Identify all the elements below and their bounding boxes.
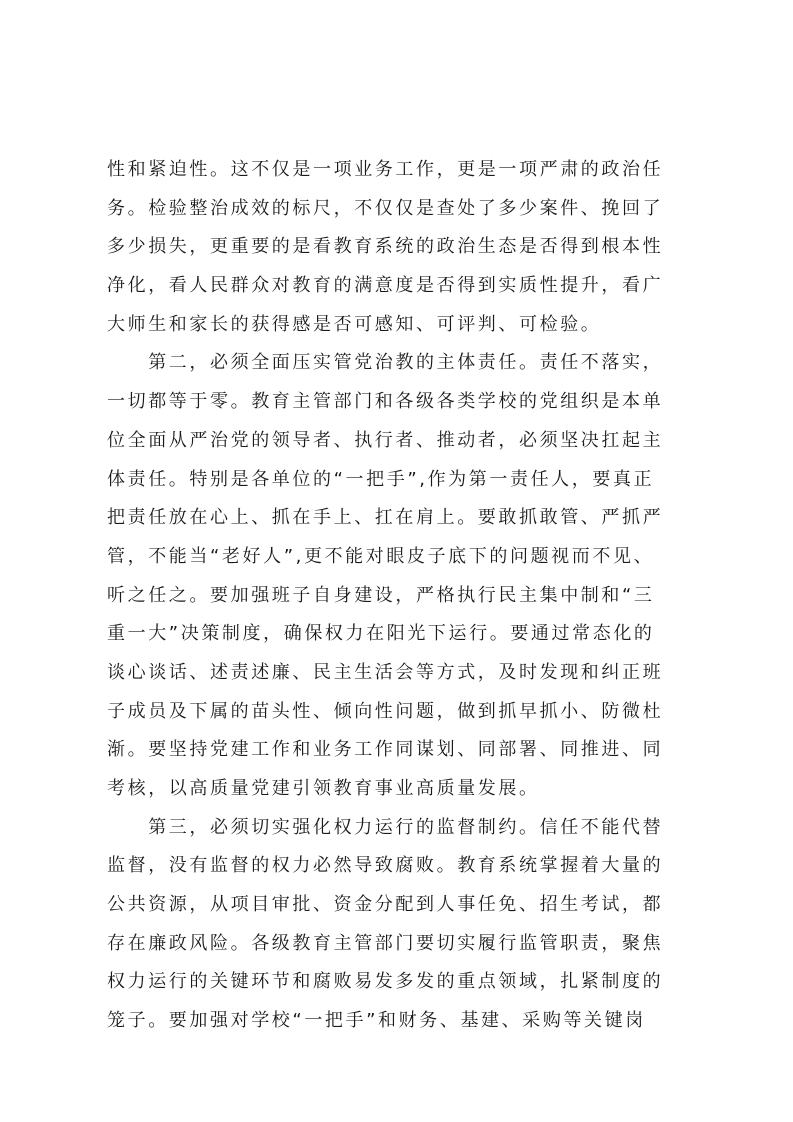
text-line: 位全面从严治党的领导者、执行者、推动者，必须坚决扛起主 — [107, 425, 687, 464]
text-line: 听之任之。要加强班子自身建设，严格执行民主集中制和“三 — [107, 580, 687, 619]
paragraph-3-start: 第三，必须切实强化权力运行的监督制约。信任不能代替 — [107, 812, 687, 851]
text-line: 监督，没有监督的权力必然导致腐败。教育系统掌握着大量的 — [107, 850, 687, 889]
text-line: 管，不能当“老好人”,更不能对眼皮子底下的问题视而不见、 — [107, 541, 687, 580]
text-line: 渐。要坚持党建工作和业务工作同谋划、同部署、同推进、同 — [107, 734, 687, 773]
text-line: 大师生和家长的获得感是否可感知、可评判、可检验。 — [107, 309, 687, 348]
paragraph-2-start: 第二，必须全面压实管党治教的主体责任。责任不落实， — [107, 347, 687, 386]
text-line: 把责任放在心上、抓在手上、扛在肩上。要敢抓敢管、严抓严 — [107, 502, 687, 541]
text-line: 净化，看人民群众对教育的满意度是否得到实质性提升，看广 — [107, 270, 687, 309]
text-line: 谈心谈话、述责述廉、民主生活会等方式，及时发现和纠正班 — [107, 657, 687, 696]
document-body: 性和紧迫性。这不仅是一项业务工作，更是一项严肃的政治任 务。检验整治成效的标尺，… — [107, 154, 687, 1044]
document-page: 性和紧迫性。这不仅是一项业务工作，更是一项严肃的政治任 务。检验整治成效的标尺，… — [0, 0, 793, 1122]
text-line: 公共资源，从项目审批、资金分配到人事任免、招生考试，都 — [107, 889, 687, 928]
text-line: 性和紧迫性。这不仅是一项业务工作，更是一项严肃的政治任 — [107, 154, 687, 193]
text-line: 笼子。要加强对学校“一把手”和财务、基建、采购等关键岗 — [107, 1005, 687, 1044]
text-line: 务。检验整治成效的标尺，不仅仅是查处了多少案件、挽回了 — [107, 193, 687, 232]
text-line: 一切都等于零。教育主管部门和各级各类学校的党组织是本单 — [107, 386, 687, 425]
text-line: 权力运行的关键环节和腐败易发多发的重点领域，扎紧制度的 — [107, 966, 687, 1005]
text-line: 存在廉政风险。各级教育主管部门要切实履行监管职责，聚焦 — [107, 928, 687, 967]
text-line: 考核，以高质量党建引领教育事业高质量发展。 — [107, 773, 687, 812]
text-line: 多少损失，更重要的是看教育系统的政治生态是否得到根本性 — [107, 231, 687, 270]
text-line: 子成员及下属的苗头性、倾向性问题，做到抓早抓小、防微杜 — [107, 696, 687, 735]
text-line: 体责任。特别是各单位的“一把手”,作为第一责任人，要真正 — [107, 464, 687, 503]
text-line: 重一大”决策制度，确保权力在阳光下运行。要通过常态化的 — [107, 618, 687, 657]
